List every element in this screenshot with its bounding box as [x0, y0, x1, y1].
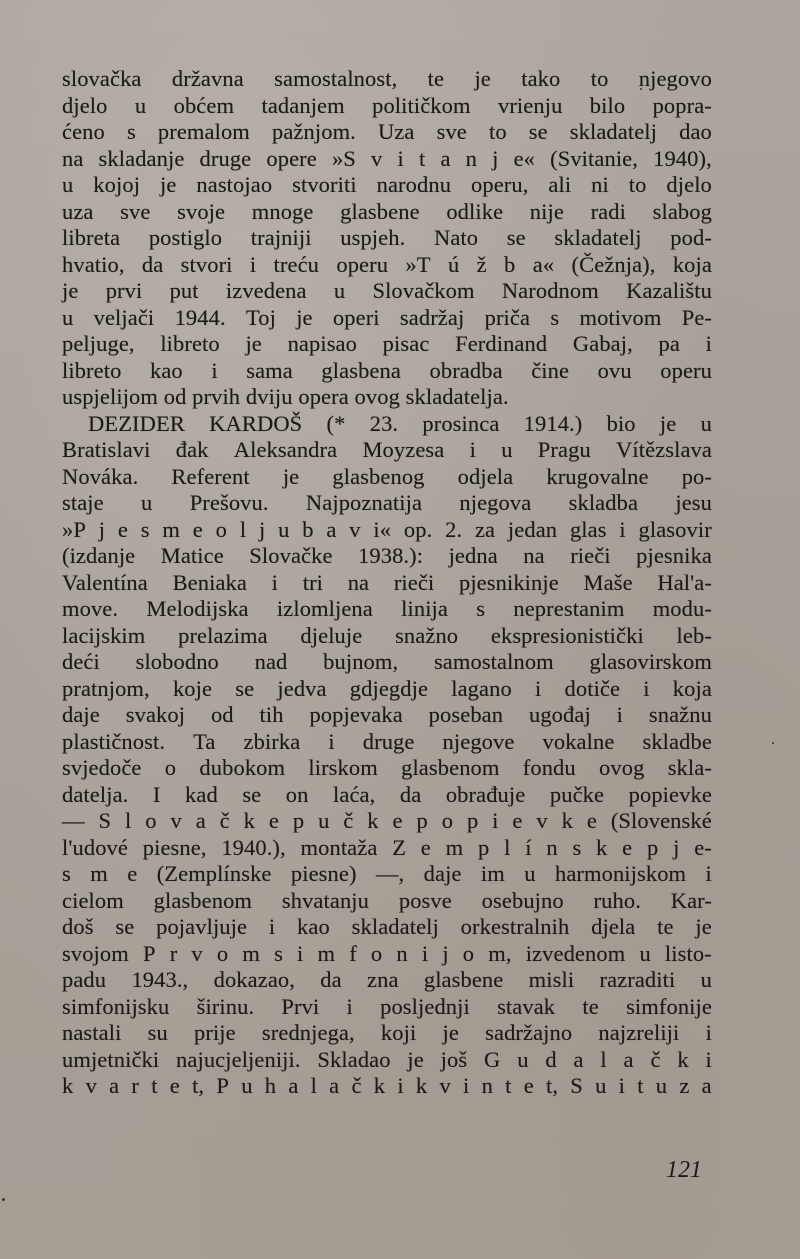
text-line: hvatio,dastvoriitrećuoperu»Túžba«(Čežnja… [62, 252, 712, 279]
text-line: l'udovépiesne,1940.),montažaZemplínskepj… [62, 835, 712, 862]
page-number: 121 [666, 1157, 702, 1184]
text-line: simfonijskuširinu.Prviiposljednjistavakt… [62, 994, 712, 1021]
text-line: libretokaoisamaglasbenaobradbačineovuope… [62, 358, 712, 385]
text-line: ćenospremalompažnjom.Uzasvetoseskladatel… [62, 119, 712, 146]
text-line: »Pjesmeoljubavi«op.2.zajedanglasiglasovi… [62, 517, 712, 544]
text-line: nastalisuprijesrednjega,kojijesadržajnon… [62, 1020, 712, 1047]
book-page-text: slovačkadržavnasamostalnost,tejetakotonj… [62, 66, 712, 1100]
text-line: Nováka.Referentjeglasbenogodjelakrugoval… [62, 464, 712, 491]
text-line: uzasvesvojemnogeglasbeneodlikenijeradisl… [62, 199, 712, 226]
text-line: move.Melodijskaizlomljenalinijasnepresta… [62, 596, 712, 623]
text-line: padu1943.,dokazao,daznaglasbenemislirazr… [62, 967, 712, 994]
text-line: DEZIDERKARDOŠ(*23.prosinca1914.)biojeu [62, 411, 712, 438]
text-line: ValentínaBeniakaitrinariečipjesnikinjeMa… [62, 570, 712, 597]
text-line: sme(Zemplínskepiesne)—,dajeimuharmonijsk… [62, 861, 712, 888]
text-line: došsepojavljujeikaoskladateljorkestralni… [62, 914, 712, 941]
text-line: svojomPrvomsimfonijom,izvedenomulisto- [62, 941, 712, 968]
text-line: ukojojjenastojaostvoritinarodnuoperu,ali… [62, 172, 712, 199]
text-line: peljuge,libretojenapisaopisacFerdinandGa… [62, 331, 712, 358]
text-line: uveljači1944.Tojjeoperisadržajpričasmoti… [62, 305, 712, 332]
text-line: kvartet,Puhalačkikvintet,Suituza [62, 1073, 712, 1100]
text-line: jeprviputizvedenauSlovačkomNarodnomKazal… [62, 278, 712, 305]
text-line: BratislaviđakAleksandraMoyzesaiuPraguVít… [62, 437, 712, 464]
text-line: libretapostiglotrajnijiuspjeh.Natoseskla… [62, 225, 712, 252]
text-line: djelouobćemtadanjempolitičkomvrienjubilo… [62, 93, 712, 120]
text-line: (izdanjeMaticeSlovačke1938.):jednanarieč… [62, 543, 712, 570]
text-line: pratnjom,kojesejedvagdjegdjelaganoidotič… [62, 676, 712, 703]
text-line: naskladanjedrugeopere»Svitanje«(Svitanie… [62, 146, 712, 173]
text-line: stajeuPrešovu.Najpoznatijanjegovaskladba… [62, 490, 712, 517]
text-line: plastičnost.Tazbirkaidrugenjegovevokalne… [62, 729, 712, 756]
text-line: datelja.Ikadseonlaća,daobrađujepučkepopi… [62, 782, 712, 809]
text-line: slovačkadržavnasamostalnost,tejetakotonj… [62, 66, 712, 93]
text-line: cielomglasbenomshvatanjuposveosebujnoruh… [62, 888, 712, 915]
text-line: svjedočeodubokomlirskomglasbenomfonduovo… [62, 755, 712, 782]
paper-speck [640, 88, 642, 90]
text-line: dećislobodnonadbujnom,samostalnomglasovi… [62, 649, 712, 676]
paper-speck [2, 1198, 5, 1201]
text-line: —Slovačkepučkepopievke(Slovenské [62, 808, 712, 835]
paper-speck [772, 742, 774, 744]
text-line: umjetničkinajucjeljeniji.SkladaojejošGud… [62, 1047, 712, 1074]
text-line: lacijskimprelazimadjelujesnažnoekspresio… [62, 623, 712, 650]
text-line: uspjelijom od prvih dviju opera ovog skl… [62, 384, 712, 411]
text-line: dajesvakojodtihpopjevakaposebanugođajisn… [62, 702, 712, 729]
